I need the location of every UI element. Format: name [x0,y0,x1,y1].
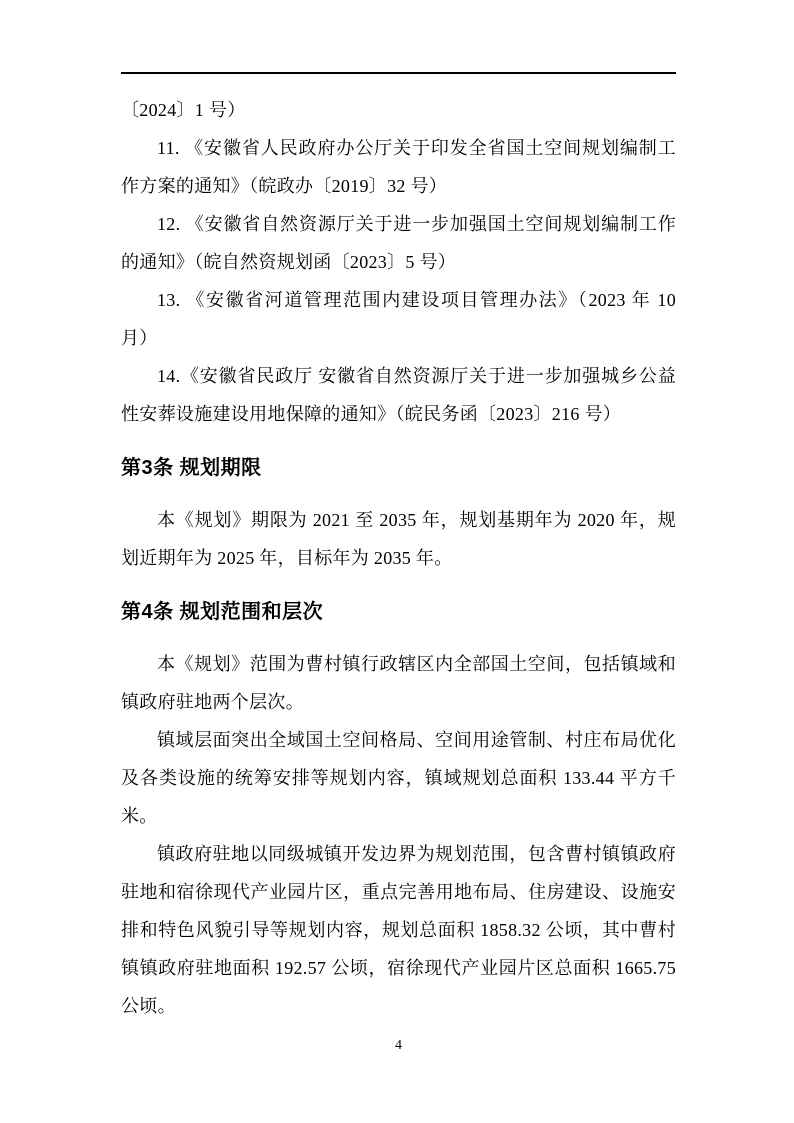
document-page: 〔2024〕1 号） 11. 《安徽省人民政府办公厅关于印发全省国土空间规划编制… [0,0,794,1123]
section-heading-article-4: 第4条 规划范围和层次 [121,597,676,627]
body-paragraph-planning-scope: 本《规划》范围为曹村镇行政辖区内全部国土空间，包括镇域和镇政府驻地两个层次。 [121,645,676,721]
body-paragraph-government-seat: 镇政府驻地以同级城镇开发边界为规划范围，包含曹村镇镇政府驻地和宿徐现代产业园片区… [121,835,676,1025]
paragraph-continuation: 〔2024〕1 号） [121,91,676,129]
reference-item-14: 14.《安徽省民政厅 安徽省自然资源厅关于进一步加强城乡公益性安葬设施建设用地保… [121,357,676,433]
body-paragraph-town-area: 镇域层面突出全域国土空间格局、空间用途管制、村庄布局优化及各类设施的统筹安排等规… [121,721,676,835]
header-rule [121,72,676,74]
reference-item-13: 13. 《安徽省河道管理范围内建设项目管理办法》（2023 年 10 月） [121,281,676,357]
reference-item-12: 12. 《安徽省自然资源厅关于进一步加强国土空间规划编制工作的通知》（皖自然资规… [121,205,676,281]
page-number: 4 [121,1036,676,1056]
reference-item-11: 11. 《安徽省人民政府办公厅关于印发全省国土空间规划编制工作方案的通知》（皖政… [121,129,676,205]
body-paragraph-planning-period: 本《规划》期限为 2021 至 2035 年，规划基期年为 2020 年，规划近… [121,501,676,577]
document-content: 〔2024〕1 号） 11. 《安徽省人民政府办公厅关于印发全省国土空间规划编制… [121,91,676,1025]
section-heading-article-3: 第3条 规划期限 [121,453,676,483]
